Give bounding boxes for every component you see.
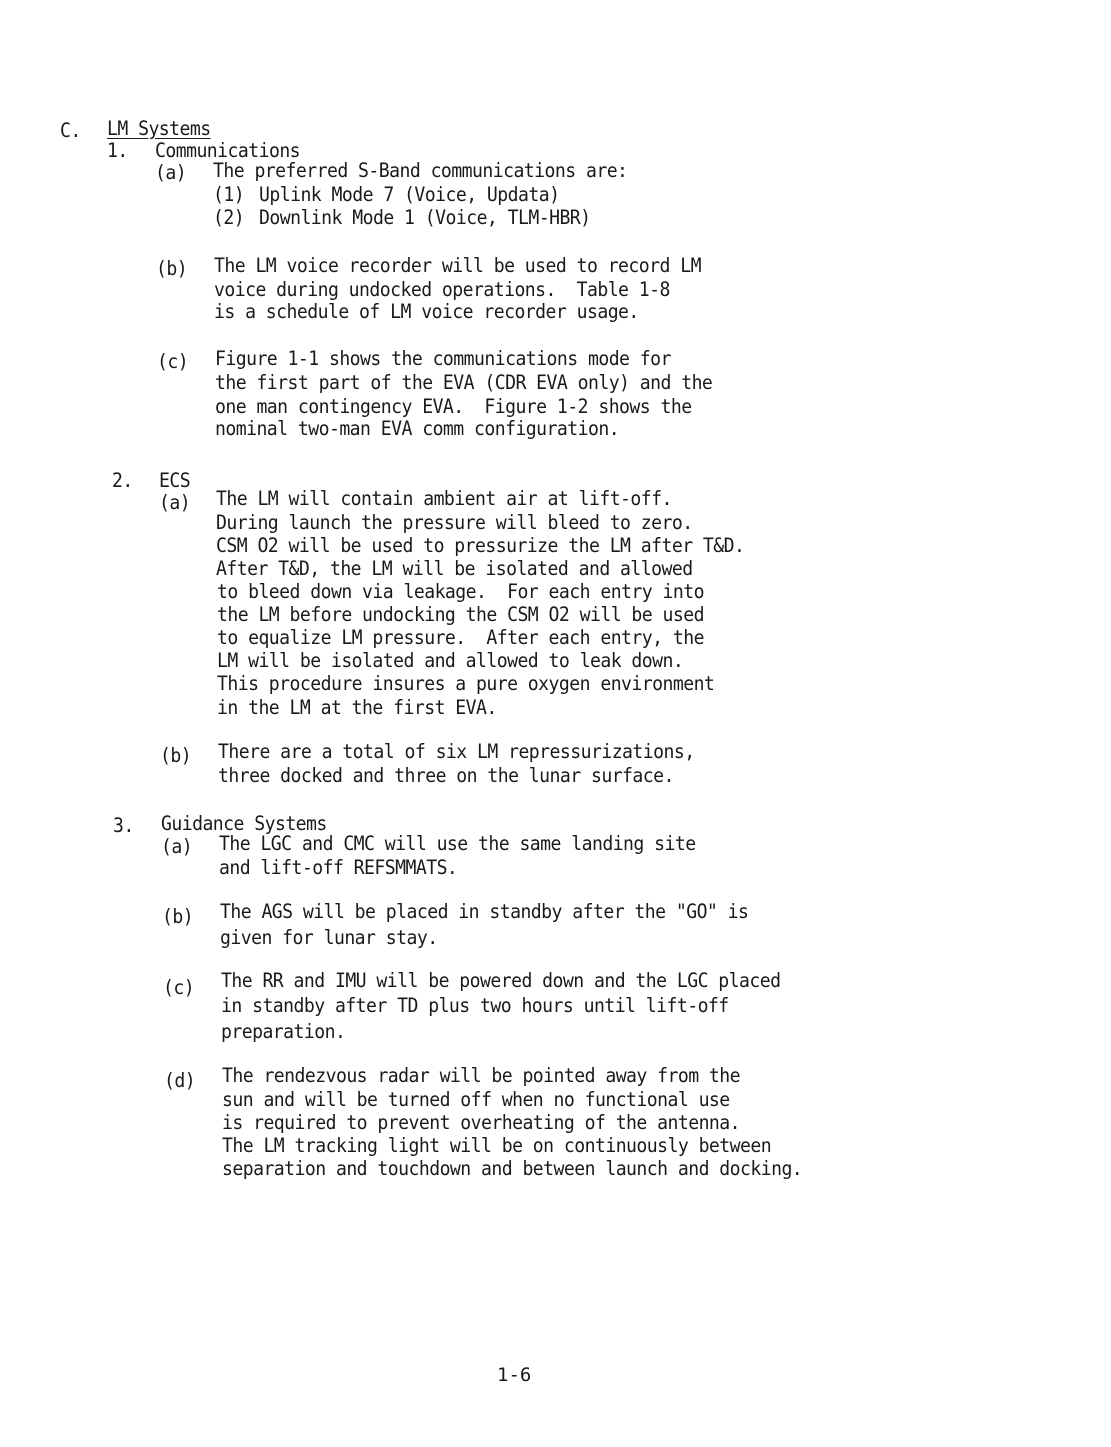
item-line: There are a total of six LM repressuriza… <box>218 741 695 763</box>
subsection-marker: 3. <box>113 815 134 837</box>
item-line: The LM will contain ambient air at lift-… <box>216 488 672 510</box>
item-line: given for lunar stay. <box>220 927 438 949</box>
item-line: During launch the pressure will bleed to… <box>216 512 693 534</box>
item-marker: (a) <box>161 836 192 858</box>
item-line: The LM voice recorder will be used to re… <box>214 255 701 277</box>
subitem-marker: (1) <box>213 184 244 206</box>
item-line: After T&D, the LM will be isolated and a… <box>216 558 693 580</box>
item-line: and lift-off REFSMMATS. <box>219 857 457 879</box>
subsection-title: ECS <box>159 470 190 492</box>
item-line: in the LM at the first EVA. <box>217 697 497 719</box>
subitem-text: Uplink Mode 7 (Voice, Updata) <box>259 184 559 206</box>
item-line: sun and will be turned off when no funct… <box>222 1089 730 1111</box>
subsection-marker: 1. <box>107 140 128 162</box>
item-marker: (b) <box>160 745 191 767</box>
item-line: LM will be isolated and allowed to leak … <box>217 650 683 672</box>
item-line: the first part of the EVA (CDR EVA only)… <box>215 372 712 394</box>
item-line: the LM before undocking the CSM O2 will … <box>217 604 704 626</box>
page-number: 1-6 <box>497 1364 531 1386</box>
section-title: LM Systems <box>107 118 211 140</box>
item-line: The RR and IMU will be powered down and … <box>221 970 780 992</box>
section-marker: C. <box>60 120 81 142</box>
subsection-marker: 2. <box>112 470 133 492</box>
item-marker: (b) <box>162 906 193 928</box>
item-marker: (d) <box>164 1070 195 1092</box>
item-line: to bleed down via leakage. For each entr… <box>217 581 704 603</box>
item-line: The rendezvous radar will be pointed awa… <box>222 1065 740 1087</box>
item-line: Figure 1-1 shows the communications mode… <box>215 348 671 370</box>
item-marker: (b) <box>156 258 187 280</box>
item-line: separation and touchdown and between lau… <box>222 1158 802 1180</box>
item-marker: (a) <box>159 492 190 514</box>
item-line: is required to prevent overheating of th… <box>222 1112 740 1134</box>
item-marker: (c) <box>163 977 194 999</box>
item-line: This procedure insures a pure oxygen env… <box>217 673 714 695</box>
item-line: to equalize LM pressure. After each entr… <box>217 627 704 649</box>
item-line: The AGS will be placed in standby after … <box>220 901 748 923</box>
item-line: The LGC and CMC will use the same landin… <box>219 833 696 855</box>
item-line: CSM O2 will be used to pressurize the LM… <box>216 535 744 557</box>
item-line: one man contingency EVA. Figure 1-2 show… <box>215 396 692 418</box>
subitem-marker: (2) <box>213 207 244 229</box>
subitem-text: Downlink Mode 1 (Voice, TLM-HBR) <box>259 207 591 229</box>
item-line: voice during undocked operations. Table … <box>214 279 670 301</box>
item-line: in standby after TD plus two hours until… <box>221 995 729 1017</box>
item-marker: (a) <box>155 162 186 184</box>
item-line: three docked and three on the lunar surf… <box>218 765 674 787</box>
item-line: is a schedule of LM voice recorder usage… <box>214 301 639 323</box>
item-line: The preferred S-Band communications are: <box>213 160 627 182</box>
item-line: preparation. <box>221 1021 345 1043</box>
item-marker: (c) <box>157 351 188 373</box>
item-line: nominal two-man EVA comm configuration. <box>215 418 619 440</box>
item-line: The LM tracking light will be on continu… <box>222 1135 771 1157</box>
